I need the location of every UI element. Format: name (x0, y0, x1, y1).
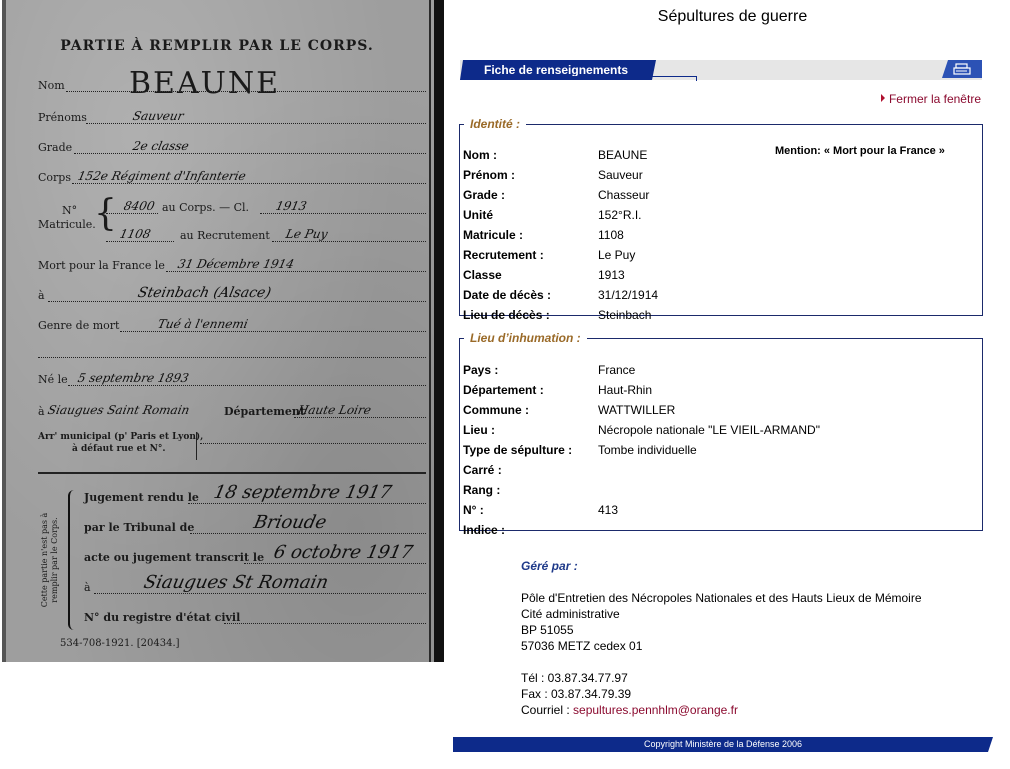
scan-row-corps: Corps 152e Régiment d'Infanterie (38, 168, 426, 186)
spacer (521, 654, 922, 670)
managed-by-line: Cité administrative (521, 606, 922, 622)
field-value: Le Puy (598, 245, 635, 265)
field-value: Steinbach (598, 305, 651, 325)
field-value: 1108 (598, 225, 624, 245)
email-row: Courriel : sepultures.pennhlm@orange.fr (521, 702, 922, 718)
field-value: 1913 (598, 265, 625, 285)
phone-number: Tél : 03.87.34.77.97 (521, 670, 922, 686)
managed-by-line: BP 51055 (521, 622, 922, 638)
scan-row-prenoms: Prénoms Sauveur (38, 108, 426, 126)
scan-label-arr2: à défaut rue et N°. (72, 444, 166, 454)
field-value: Sauveur (598, 165, 643, 185)
burial-section: Lieu d’inhumation : Pays :France Départe… (459, 332, 983, 531)
scan-dots (86, 123, 426, 124)
scan-label-arr: Arr' municipal (p' Paris et Lyon), (38, 432, 203, 442)
field-label: Classe (463, 265, 603, 285)
scan-row-jugement: Jugement rendu le 18 septembre 1917 (84, 488, 426, 506)
scan-right-edge (434, 0, 444, 662)
scan-handwriting: 5 septembre 1893 (77, 371, 191, 385)
scan-row-no-recrutement: 1108 au Recrutement Le Puy (106, 226, 426, 244)
scan-row-arr (200, 428, 426, 446)
scan-row-grade: Grade 2e classe (38, 138, 426, 156)
scan-label: Né le (38, 373, 68, 386)
field-label: Grade : (463, 185, 603, 205)
scan-label: Corps (38, 171, 71, 184)
scan-dots (260, 213, 426, 214)
field-label: Pays : (463, 360, 603, 380)
field-label: Département : (463, 380, 603, 400)
scan-left-edge (2, 0, 6, 662)
field-label: Recrutement : (463, 245, 603, 265)
scan-row-ne-lieu: à Siaugues Saint Romain Département Haut… (38, 402, 426, 420)
scan-dots (166, 271, 426, 272)
scan-label: à (38, 405, 45, 418)
scan-side-note: Cette partie n'est pas à remplir par le … (40, 500, 80, 620)
field-label: N° : (463, 500, 603, 520)
field-label: Indice : (463, 520, 603, 540)
scan-print-code: 534-708-1921. [20434.] (60, 638, 180, 649)
field-value: BEAUNE (598, 145, 647, 165)
field-value: France (598, 360, 635, 380)
scan-dots (272, 241, 426, 242)
managed-by-line: Pôle d'Entretien des Nécropoles National… (521, 590, 922, 606)
scan-label-matricule: Matricule. (38, 218, 96, 231)
managed-by-block: Géré par : Pôle d'Entretien des Nécropol… (521, 558, 922, 718)
scan-dots (72, 183, 426, 184)
scan-row-no-corps: 8400 au Corps. — Cl. 1913 (106, 198, 426, 216)
scan-handwriting: Siaugues Saint Romain (47, 403, 191, 417)
scan-dots (106, 213, 158, 214)
scan-label: à (84, 581, 91, 594)
identity-section: Identité : Mention: « Mort pour la Franc… (459, 118, 983, 316)
print-icon (953, 63, 971, 75)
scan-label: Genre de mort (38, 319, 119, 332)
scan-divider (196, 432, 197, 460)
scan-handwriting: 8400 (123, 199, 157, 213)
scan-dots (68, 385, 426, 386)
scan-name: BEAUNE (129, 66, 280, 101)
field-value: Haut-Rhin (598, 380, 652, 400)
scan-dots (200, 443, 426, 444)
scan-handwriting: 18 septembre 1917 (212, 482, 394, 503)
scan-dots (94, 593, 426, 594)
scan-dots (74, 153, 426, 154)
field-label: Carré : (463, 460, 603, 480)
scan-handwriting: Haute Loire (297, 403, 373, 417)
scan-handwriting: Brioude (252, 512, 329, 533)
scan-handwriting: 31 Décembre 1914 (177, 257, 296, 271)
scan-dots (190, 533, 426, 534)
managed-by-heading: Géré par : (521, 558, 922, 574)
scan-row-tribunal: par le Tribunal de Brioude (84, 518, 426, 536)
scan-row-transcrit: acte ou jugement transcrit le 6 octobre … (84, 548, 426, 566)
field-value: Tombe individuelle (598, 440, 697, 460)
burial-legend: Lieu d’inhumation : (464, 332, 587, 344)
scan-dots (48, 301, 426, 302)
scanned-death-record-image: PARTIE À REMPLIR PAR LE CORPS. Nom BEAUN… (2, 0, 444, 662)
scan-label: Prénoms (38, 111, 87, 124)
scan-row-transcrit-lieu: à Siaugues St Romain (84, 578, 426, 596)
scan-row-genre: Genre de mort Tué à l'ennemi (38, 316, 426, 334)
field-label: Rang : (463, 480, 603, 500)
scan-handwriting: Steinbach (Alsace) (136, 285, 272, 301)
scan-label: à (38, 289, 45, 302)
scan-handwriting: Sauveur (132, 109, 185, 123)
mention-mort-pour-la-france: Mention: « Mort pour la France » (775, 145, 945, 157)
scan-label: au Recrutement (180, 229, 270, 242)
tab-fiche-de-renseignements[interactable]: Fiche de renseignements (460, 60, 656, 80)
scan-dots (38, 357, 426, 358)
scan-label: Jugement rendu le (84, 491, 199, 504)
field-value: WATTWILLER (598, 400, 675, 420)
scan-row-ne: Né le 5 septembre 1893 (38, 370, 426, 388)
scan-handwriting: 1913 (275, 199, 309, 213)
scan-label-no: N° (62, 204, 77, 217)
field-value: 31/12/1914 (598, 285, 658, 305)
scan-label: Mort pour la France le (38, 259, 165, 272)
scan-handwriting: 2e classe (132, 139, 191, 153)
field-label: Nom : (463, 145, 603, 165)
scan-separator (38, 472, 426, 474)
scan-title: PARTIE À REMPLIR PAR LE CORPS. (2, 38, 432, 54)
scan-handwriting: 1108 (119, 227, 153, 241)
page-title: Sépultures de guerre (455, 8, 1010, 26)
field-label: Date de décès : (463, 285, 603, 305)
close-window-label: Fermer la fenêtre (889, 92, 981, 106)
scan-label: Nom (38, 79, 65, 92)
scan-label: N° du registre d'état civil (84, 611, 240, 624)
identity-legend: Identité : (464, 118, 526, 130)
field-label: Unité (463, 205, 603, 225)
field-label: Type de sépulture : (463, 440, 603, 460)
scan-label: par le Tribunal de (84, 521, 194, 534)
scan-row-mort-lieu: à Steinbach (Alsace) (38, 286, 426, 304)
scan-right-rule (429, 0, 431, 662)
scan-label: au Corps. — Cl. (162, 201, 249, 214)
print-button[interactable] (942, 60, 982, 78)
tab-underline (480, 76, 697, 77)
field-label: Commune : (463, 400, 603, 420)
managed-by-line: 57036 METZ cedex 01 (521, 638, 922, 654)
close-window-link[interactable]: Fermer la fenêtre (881, 92, 981, 106)
scan-label: acte ou jugement transcrit le (84, 551, 264, 564)
field-label: Lieu de décès : (463, 305, 603, 325)
scan-label: Grade (38, 141, 72, 154)
scan-row-blank (38, 342, 426, 360)
tab-underline-edge (696, 76, 697, 81)
scan-dots (120, 331, 426, 332)
scan-dots (188, 503, 426, 504)
field-value: Nécropole nationale "LE VIEIL-ARMAND" (598, 420, 820, 440)
scan-handwriting: 6 octobre 1917 (272, 542, 415, 563)
scan-handwriting: Tué à l'ennemi (157, 317, 250, 331)
scan-handwriting: Siaugues St Romain (142, 572, 330, 593)
field-label: Matricule : (463, 225, 603, 245)
field-value: Chasseur (598, 185, 649, 205)
triangle-right-icon (881, 94, 885, 102)
fax-number: Fax : 03.87.34.79.39 (521, 686, 922, 702)
scan-dots (244, 563, 426, 564)
scan-label: Département (224, 405, 305, 418)
scan-row-mort: Mort pour la France le 31 Décembre 1914 (38, 256, 426, 274)
field-label: Prénom : (463, 165, 603, 185)
email-link[interactable]: sepultures.pennhlm@orange.fr (573, 703, 738, 717)
field-label: Lieu : (463, 420, 603, 440)
tab-bar: Fiche de renseignements (460, 60, 982, 80)
email-label: Courriel : (521, 703, 573, 717)
scan-dots (106, 241, 174, 242)
scan-dots (294, 417, 426, 418)
scan-dots (224, 623, 426, 624)
scan-handwriting: 152e Régiment d'Infanterie (77, 169, 248, 183)
scan-handwriting: Le Puy (285, 227, 329, 241)
field-value: 413 (598, 500, 618, 520)
scan-row-registre: N° du registre d'état civil (84, 608, 426, 626)
field-value: 152°R.I. (598, 205, 642, 225)
footer-copyright: Copyright Ministère de la Défense 2006 (453, 737, 993, 752)
